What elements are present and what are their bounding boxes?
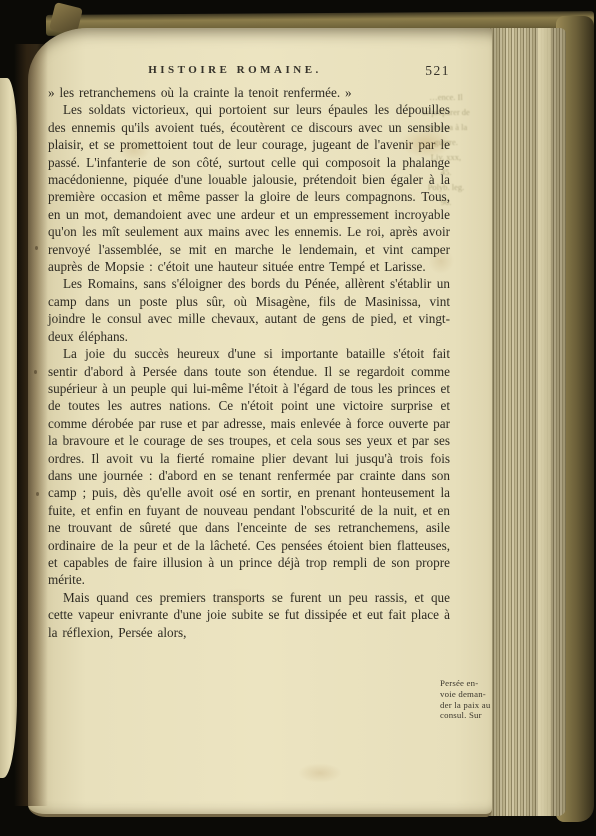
- ink-speck: [34, 370, 37, 374]
- page-header: HISTOIRE ROMAINE. 521: [48, 64, 450, 82]
- quote-continuation-line: » les retranchemens où la crainte la ten…: [48, 84, 450, 101]
- margin-note-line: der la paix au: [440, 700, 504, 711]
- page-number: 521: [425, 63, 450, 79]
- body-paragraph: La joie du succès heureux d'une si impor…: [48, 345, 450, 589]
- book-scan: { "book": { "header": { "title": "HISTOI…: [0, 0, 596, 836]
- margin-note-line: voie deman-: [440, 689, 504, 700]
- running-title: HISTOIRE ROMAINE.: [48, 64, 450, 76]
- margin-note-line: consul. Sur: [440, 710, 504, 721]
- facing-page-sliver: [0, 78, 17, 778]
- margin-note-line: Persée en-: [440, 678, 504, 689]
- printed-margin-note: Persée en- voie deman- der la paix au co…: [440, 678, 504, 721]
- book-page: HISTOIRE ROMAINE. 521 …ence. Il se prépa…: [28, 28, 492, 817]
- ink-speck: [36, 492, 39, 496]
- body-paragraph: Les soldats victorieux, qui portoient su…: [48, 101, 450, 275]
- fore-edge-highlight: [538, 28, 551, 816]
- ink-speck: [35, 246, 38, 250]
- main-text-column: » les retranchemens où la crainte la ten…: [48, 84, 450, 641]
- body-paragraph: Les Romains, sans s'éloigner des bords d…: [48, 275, 450, 345]
- body-paragraph: Mais quand ces premiers transports se fu…: [48, 589, 450, 641]
- foxing-stain: [298, 763, 342, 783]
